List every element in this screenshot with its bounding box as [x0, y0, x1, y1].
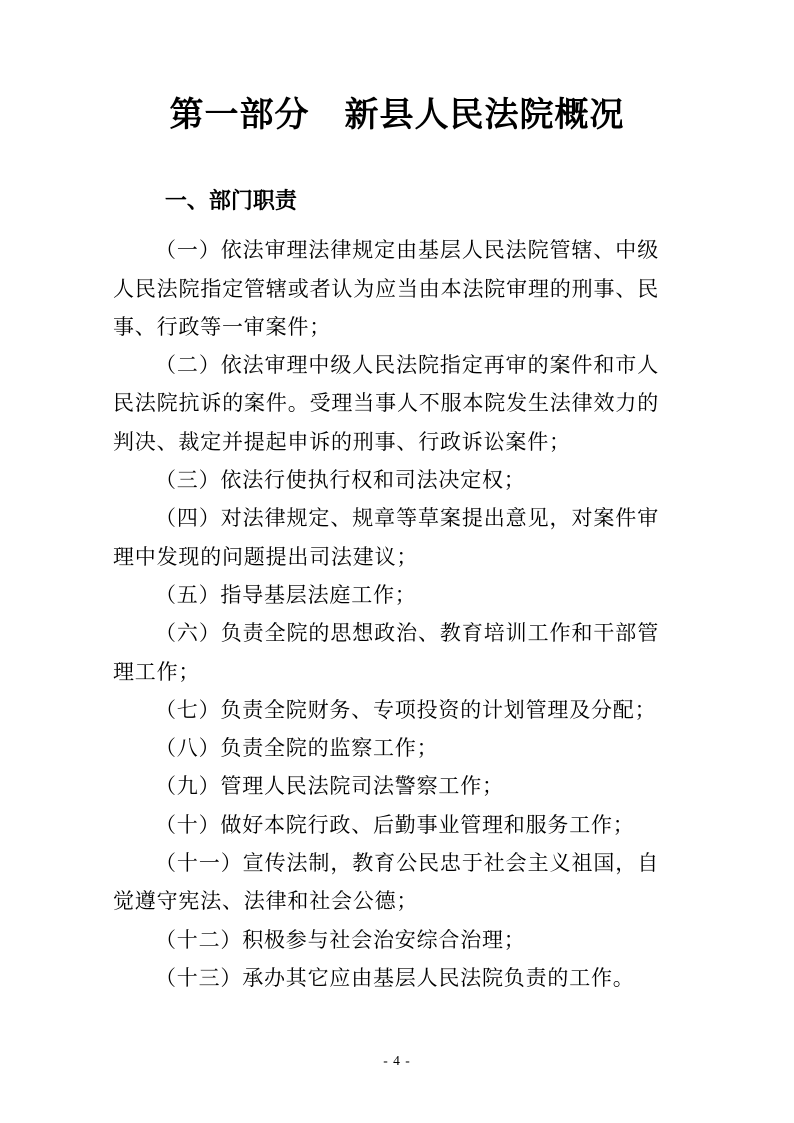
duty-item-13: （十三）承办其它应由基层人民法院负责的工作。	[113, 959, 659, 997]
duty-item-6: （六）负责全院的思想政治、教育培训工作和干部管理工作；	[113, 614, 659, 691]
duty-item-10: （十）做好本院行政、后勤事业管理和服务工作；	[113, 806, 659, 844]
duty-item-1: （一）依法审理法律规定由基层人民法院管辖、中级人民法院指定管辖或者认为应当由本法…	[113, 231, 659, 346]
duty-item-5: （五）指导基层法庭工作；	[113, 576, 659, 614]
duty-item-3: （三）依法行使执行权和司法决定权；	[113, 461, 659, 499]
section-heading: 一、部门职责	[113, 182, 659, 220]
document-body: 一、部门职责 （一）依法审理法律规定由基层人民法院管辖、中级人民法院指定管辖或者…	[113, 182, 659, 997]
page-number: - 4 -	[0, 1053, 794, 1069]
document-page: 第一部分 新县人民法院概况 一、部门职责 （一）依法审理法律规定由基层人民法院管…	[0, 0, 794, 1123]
document-title: 第一部分 新县人民法院概况	[0, 93, 794, 137]
duty-item-8: （八）负责全院的监察工作；	[113, 729, 659, 767]
duty-item-9: （九）管理人民法院司法警察工作；	[113, 767, 659, 805]
duty-item-7: （七）负责全院财务、专项投资的计划管理及分配；	[113, 691, 659, 729]
duty-item-2: （二）依法审理中级人民法院指定再审的案件和市人民法院抗诉的案件。受理当事人不服本…	[113, 346, 659, 461]
duty-item-11: （十一）宣传法制，教育公民忠于社会主义祖国，自觉遵守宪法、法律和社会公德；	[113, 844, 659, 921]
duty-item-12: （十二）积极参与社会治安综合治理；	[113, 921, 659, 959]
duty-item-4: （四）对法律规定、规章等草案提出意见，对案件审理中发现的问题提出司法建议；	[113, 499, 659, 576]
